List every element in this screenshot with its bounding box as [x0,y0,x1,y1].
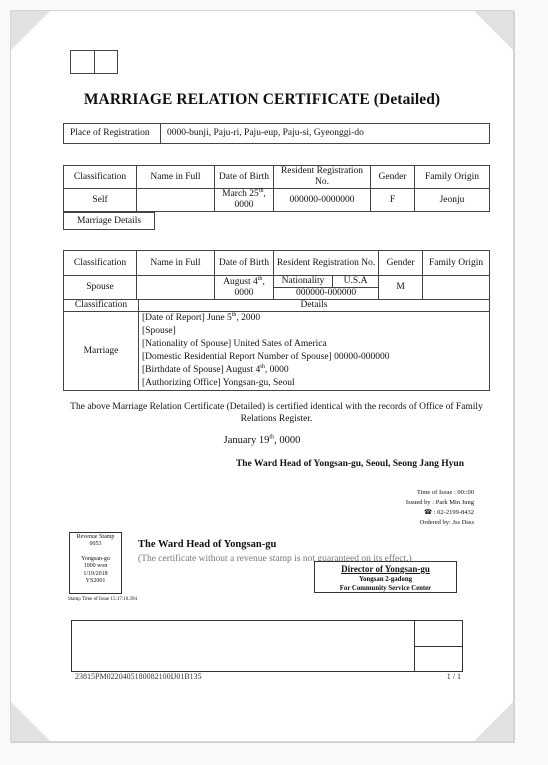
cell-gender: F [371,189,415,212]
header-name: Name in Full [137,251,215,276]
time-of-issue: Time of Issue : 00::00 [311,488,474,498]
marriage-details-label: Marriage Details [63,212,155,230]
page-corner-top-right [474,11,513,50]
table-row: Marriage [Date of Report] June 5th, 2000… [64,312,490,391]
page-corner-top-left [11,11,50,50]
cell-classification: Spouse [64,276,137,300]
bottom-box-main [72,621,415,671]
table-header-row: Classification Details [64,300,490,312]
detail-text: [Domestic Residential Report Number of S… [142,352,390,362]
spouse-table: Classification Name in Full Date of Birt… [63,250,490,300]
phone-number: ☎ : 02-2199-8432 [311,508,474,518]
dob-text: August 4 [223,277,258,287]
detail-tail: , 2000 [236,313,260,323]
header-classification: Classification [64,166,137,189]
certification-text: The above Marriage Relation Certificate … [63,401,490,425]
cell-classification: Marriage [64,312,139,391]
header-rrn: Resident Registration No. [274,251,379,276]
cell-nationality-value: U.S.A [333,276,379,288]
details-table: Classification Details Marriage [Date of… [63,299,490,391]
stamp-spacer [70,549,121,556]
place-of-registration-label: Place of Registration [64,124,161,144]
ordered-by: Ordered by: Jss Dsss [311,518,474,528]
dob-text: March 25 [222,189,259,199]
cell-dob: August 4th, 0000 [215,276,274,300]
document-code: 23815PM0220405180082100IJ01B135 [75,672,202,681]
document-page: MARRIAGE RELATION CERTIFICATE (Detailed)… [10,10,514,742]
header-classification: Classification [64,251,137,276]
detail-line: [Nationality of Spouse] United Sates of … [142,338,489,351]
detail-line: [Spouse] [142,325,489,338]
director-title: Director of Yongsan-gu [315,564,456,575]
cell-rrn: 000000-000000 [274,288,379,300]
issued-by: Issued by : Park Min Jung [311,498,474,508]
page-corner-bottom-left [11,702,50,741]
header-name: Name in Full [137,166,215,189]
cell-name [137,276,215,300]
cell-family-origin: Jeonju [415,189,490,212]
detail-text: [Spouse] [142,326,176,336]
table-row: Self March 25th, 0000 000000-0000000 F J… [64,189,490,212]
detail-text: [Birthdate of Spouse] August 4 [142,365,260,375]
revenue-stamp: Revenue Stamp 0053 Yongsan-gu 1000 won 1… [69,532,122,594]
detail-text: [Nationality of Spouse] United Sates of … [142,339,327,349]
header-gender: Gender [371,166,415,189]
stamp-time: Stamp Time of Issue 15:17:10.394 [68,597,137,602]
header-rrn: Resident Registration No. [274,166,371,189]
detail-tail: , 0000 [265,365,289,375]
place-of-registration-table: Place of Registration 0000-bunji, Paju-r… [63,123,490,144]
issue-date-tail: , 0000 [274,435,300,446]
page-number: 1 / 1 [436,672,461,681]
cell-details: [Date of Report] June 5th, 2000 [Spouse]… [139,312,490,391]
director-line-1: Yongsan 2-gadong [315,575,456,584]
stamp-line: 0053 [70,541,121,548]
approval-boxes [70,50,118,74]
stamp-line: YS2001 [70,578,121,585]
header-details: Details [139,300,490,312]
cell-family-origin [423,276,490,300]
person-table: Classification Name in Full Date of Birt… [63,165,490,212]
issue-date: January 19th, 0000 [11,435,513,446]
cell-rrn: 000000-0000000 [274,189,371,212]
issue-date-text: January 19 [224,435,270,446]
table-header-row: Classification Name in Full Date of Birt… [64,166,490,189]
place-of-registration-value: 0000-bunji, Paju-ri, Paju-eup, Paju-si, … [161,124,490,144]
stamp-line: 1/19/2018 [70,571,121,578]
ward-head-title: The Ward Head of Yongsan-gu [138,539,276,550]
cell-classification: Self [64,189,137,212]
detail-text: [Date of Report] June 5 [142,313,232,323]
header-family-origin: Family Origin [423,251,490,276]
director-box: Director of Yongsan-gu Yongsan 2-gadong … [314,561,457,593]
director-line-2: For Community Service Center [315,584,456,593]
issue-info: Time of Issue : 00::00 Issued by : Park … [311,488,474,528]
document-title: MARRIAGE RELATION CERTIFICATE (Detailed) [11,91,513,109]
bottom-box-side [415,621,462,671]
cell-nationality-label: Nationality [274,276,333,288]
detail-text: [Authorizing Office] Yongsan-gu, Seoul [142,378,295,388]
page-corner-bottom-right [474,702,513,741]
detail-line: [Date of Report] June 5th, 2000 [142,312,489,325]
stamp-line: Revenue Stamp [70,534,121,541]
header-dob: Date of Birth [215,166,274,189]
stamp-line: 1000 won [70,563,121,570]
detail-line: [Domestic Residential Report Number of S… [142,351,489,364]
header-family-origin: Family Origin [415,166,490,189]
stamp-line: Yongsan-gu [70,556,121,563]
cell-dob: March 25th, 0000 [215,189,274,212]
header-dob: Date of Birth [215,251,274,276]
ward-head-signature: The Ward Head of Yongsan-gu, Seoul, Seon… [11,459,464,469]
header-gender: Gender [379,251,423,276]
bottom-box [71,620,463,672]
header-classification: Classification [64,300,139,312]
cell-name [137,189,215,212]
detail-line: [Birthdate of Spouse] August 4th, 0000 [142,364,489,377]
table-header-row: Classification Name in Full Date of Birt… [64,251,490,276]
table-row: Spouse August 4th, 0000 Nationality U.S.… [64,276,490,288]
cell-gender: M [379,276,423,300]
detail-line: [Authorizing Office] Yongsan-gu, Seoul [142,377,489,390]
